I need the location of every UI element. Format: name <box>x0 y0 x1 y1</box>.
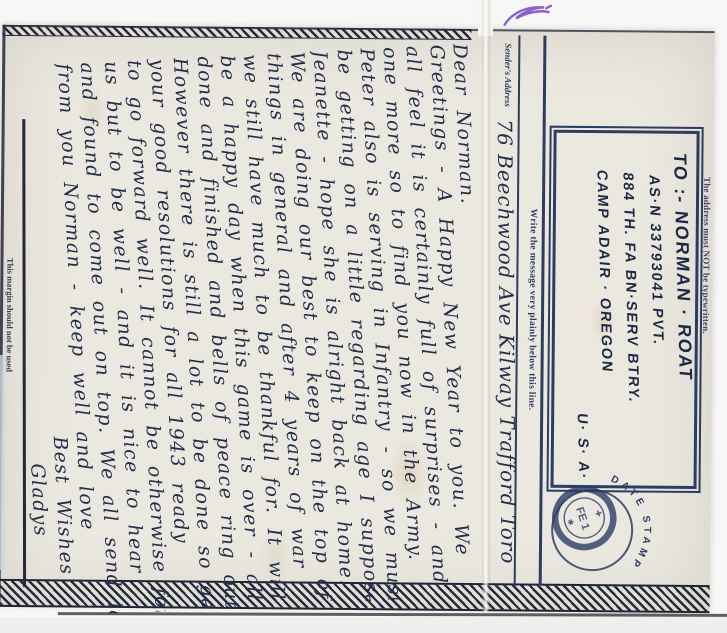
postmark-impression: ✚ FE 1 ✱ <box>548 482 621 555</box>
scanner-bottom-margin <box>0 617 727 633</box>
airgraph-form-paper: The address must NOT be typewritten. TO … <box>0 25 715 611</box>
recipient-address: TO :- NORMAN · ROAT AS·N 33793041 PVT. 8… <box>561 132 702 492</box>
hatched-border-message-side <box>2 25 471 40</box>
stamp-asterisk-icon: ✱ <box>565 518 576 527</box>
fold-crease <box>482 0 491 612</box>
sender-address-handwriting: 76 Beechwood Ave Kilway Trafford Toro <box>493 119 521 587</box>
date-stamp: DATE STAMP ✚ FE 1 ✱ <box>540 466 659 593</box>
stamp-cross-icon: ✚ <box>593 509 604 518</box>
sender-address-label: Sender's Address <box>503 43 514 107</box>
scanned-letter: The address must NOT be typewritten. TO … <box>0 0 727 633</box>
write-plainly-note: Write the message very plainly below thi… <box>525 30 540 590</box>
scanner-edge-shadow <box>0 355 5 570</box>
address-box: TO :- NORMAN · ROAT AS·N 33793041 PVT. 8… <box>546 126 703 493</box>
postmark-date: FE 1 <box>573 506 591 532</box>
margin-warning-note: This margin should not be used <box>4 165 17 465</box>
letter-message: Dear Norman. Greetings - A Happy New Yea… <box>5 43 498 618</box>
